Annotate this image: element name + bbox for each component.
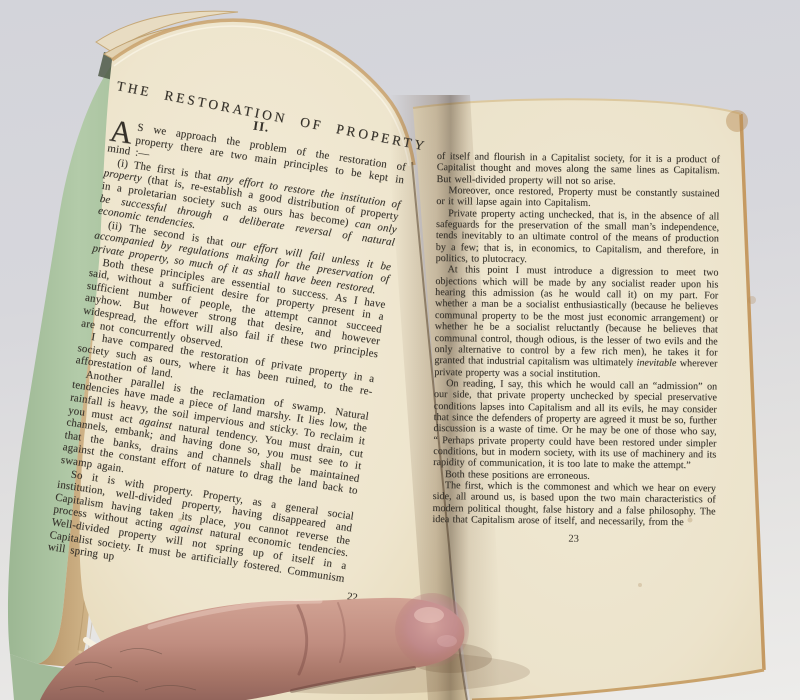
book-photo: THE RESTORATION OF PROPERTY II. A S we a… — [0, 0, 800, 700]
thumb-tip-blush — [395, 593, 469, 667]
thumb-tip-sheen — [437, 635, 457, 647]
thumb-tip-highlight — [414, 607, 444, 623]
hand-svg — [0, 0, 800, 700]
